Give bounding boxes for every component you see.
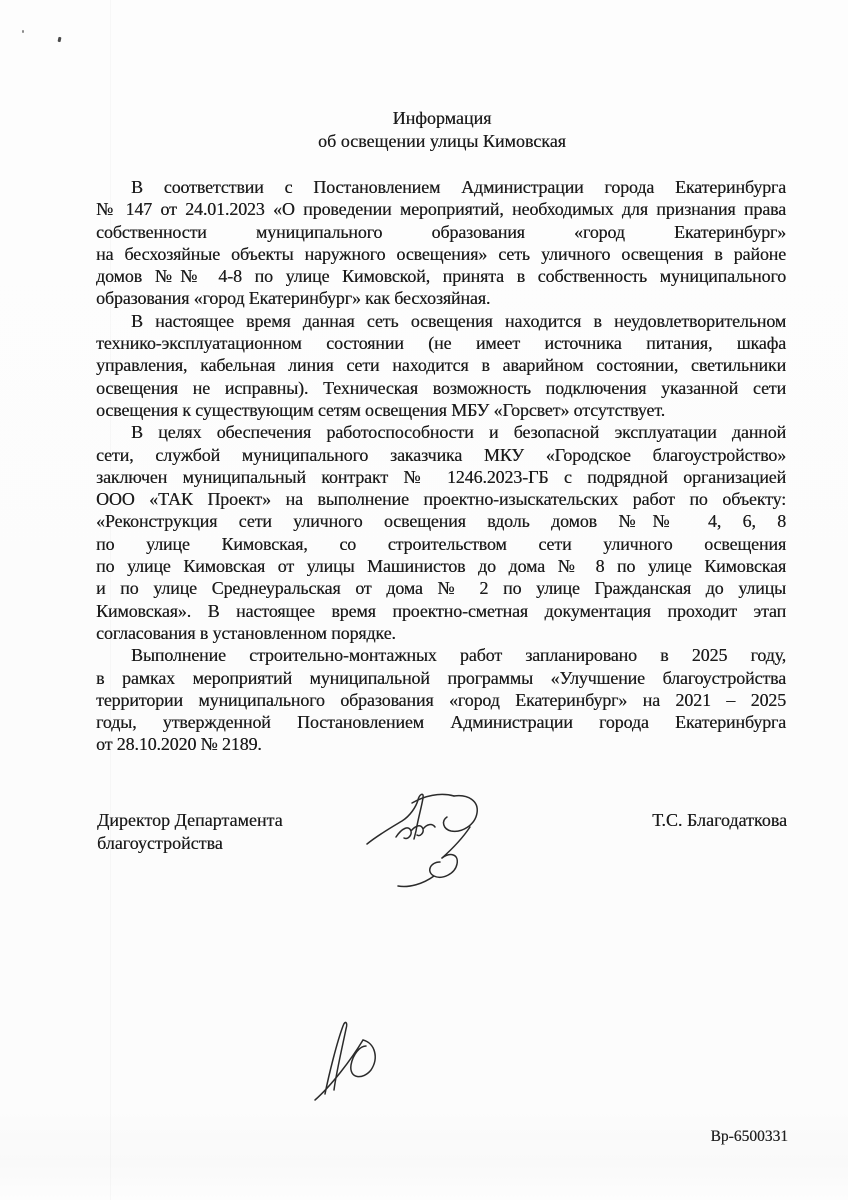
- paragraph: Выполнение строительно-монтажных работ з…: [96, 644, 786, 755]
- title-line-2: об освещении улицы Кимовская: [97, 130, 787, 153]
- text-line: ООО «ТАК Проект» на выполнение проектно-…: [96, 488, 786, 510]
- text-line: домов №№ 4-8 по улице Кимовской, принята…: [96, 265, 786, 287]
- signer-name: Т.С. Благодаткова: [652, 809, 787, 832]
- text-line: Выполнение строительно-монтажных работ з…: [96, 644, 786, 666]
- text-line: в рамках мероприятий муниципальной прогр…: [96, 667, 786, 689]
- text-line: Кимовская». В настоящее время проектно-с…: [96, 600, 786, 622]
- title-line-1: Информация: [97, 107, 787, 130]
- signer-position-line-1: Директор Департамента: [97, 809, 283, 832]
- text-line: от 28.10.2020 № 2189.: [96, 733, 786, 755]
- text-line: и по улице Среднеуральская от дома № 2 п…: [96, 577, 786, 599]
- scan-speck: [22, 30, 24, 33]
- text-line: согласования в установленном порядке.: [96, 622, 786, 644]
- text-line: технико-эксплуатационном состоянии (не и…: [96, 332, 786, 354]
- text-line: на бесхозяйные объекты наружного освещен…: [96, 243, 786, 265]
- text-line: освещения не исправны). Техническая возм…: [96, 377, 786, 399]
- paragraph: В настоящее время данная сеть освещения …: [96, 310, 786, 421]
- text-line: собственности муниципального образования…: [96, 221, 786, 243]
- text-line: В настоящее время данная сеть освещения …: [96, 310, 786, 332]
- signer-position-line-2: благоустройства: [97, 832, 283, 855]
- text-line: «Реконструкция сети уличного освещения в…: [96, 510, 786, 532]
- text-line: территории муниципального образования «г…: [96, 689, 786, 711]
- paragraph: В соответствии с Постановлением Админист…: [96, 176, 786, 310]
- document-body: В соответствии с Постановлением Админист…: [96, 176, 786, 756]
- text-line: освещения к существующим сетям освещения…: [96, 399, 786, 421]
- document-page: Информация об освещении улицы Кимовская …: [0, 0, 848, 1200]
- text-line: годы, утвержденной Постановлением Админи…: [96, 711, 786, 733]
- paragraph: В целях обеспечения работоспособности и …: [96, 421, 786, 644]
- document-title: Информация об освещении улицы Кимовская: [97, 107, 787, 153]
- text-line: В целях обеспечения работоспособности и …: [96, 421, 786, 443]
- signer-position: Директор Департамента благоустройства: [97, 809, 283, 855]
- text-line: по улице Кимовская от улицы Машинистов д…: [96, 555, 786, 577]
- scan-speck: [58, 37, 62, 43]
- text-line: № 147 от 24.01.2023 «О проведении меропр…: [96, 198, 786, 220]
- text-line: образования «город Екатеринбург» как бес…: [96, 287, 786, 309]
- document-code: Вр-6500331: [711, 1128, 789, 1146]
- text-line: В соответствии с Постановлением Админист…: [96, 176, 786, 198]
- text-line: по улице Кимовская, со строительством се…: [96, 533, 786, 555]
- text-line: заключен муниципальный контракт № 1246.2…: [96, 466, 786, 488]
- handwritten-signature-icon: [360, 787, 490, 889]
- text-line: сети, службой муниципального заказчика М…: [96, 444, 786, 466]
- text-line: управления, кабельная линия сети находит…: [96, 354, 786, 376]
- handwritten-initials-icon: [305, 1016, 395, 1106]
